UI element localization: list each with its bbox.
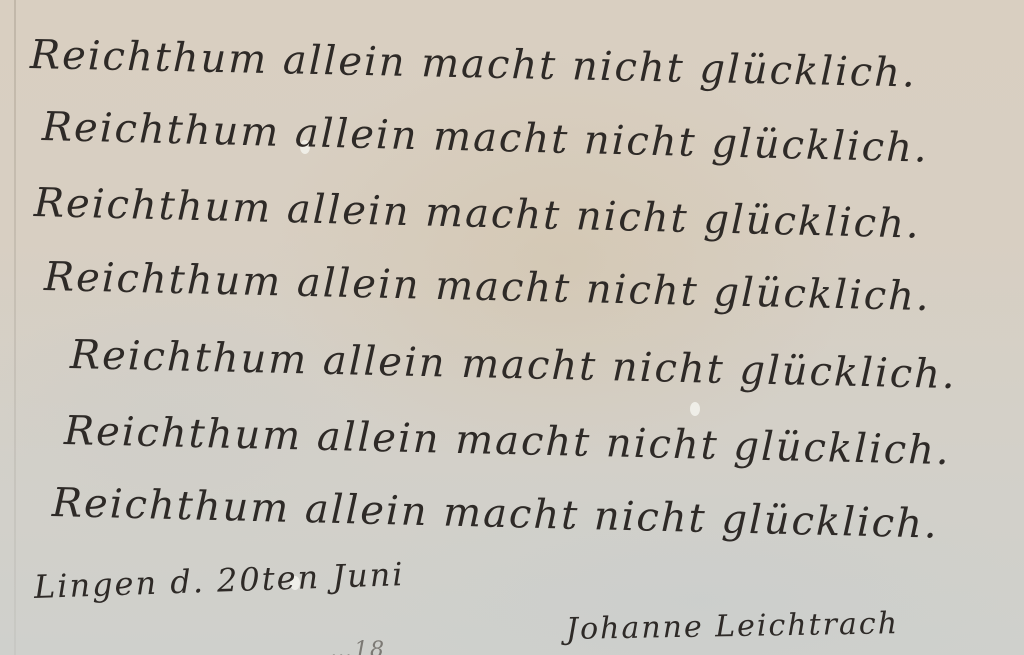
copy-line-4: Reichthum allein macht nicht glücklich. <box>43 254 931 320</box>
copy-line-5: Reichthum allein macht nicht glücklich. <box>69 332 957 398</box>
copy-line-3: Reichthum allein macht nicht glücklich. <box>33 180 921 248</box>
page-fold-shadow <box>14 0 16 655</box>
signature: Johanne Leichtrach <box>566 606 900 647</box>
partial-text-fragment: …18 <box>330 638 386 655</box>
copy-line-7: Reichthum allein macht nicht glücklich. <box>51 480 939 548</box>
copy-line-6: Reichthum allein macht nicht glücklich. <box>63 408 951 474</box>
copy-line-2: Reichthum allein macht nicht glücklich. <box>41 104 929 172</box>
copy-line-1: Reichthum allein macht nicht glücklich. <box>30 32 918 97</box>
paper-spot <box>690 402 700 416</box>
place-date-line: Lingen d. 20ten Juni <box>33 555 405 606</box>
handwritten-page: Reichthum allein macht nicht glücklich. … <box>0 0 1024 655</box>
